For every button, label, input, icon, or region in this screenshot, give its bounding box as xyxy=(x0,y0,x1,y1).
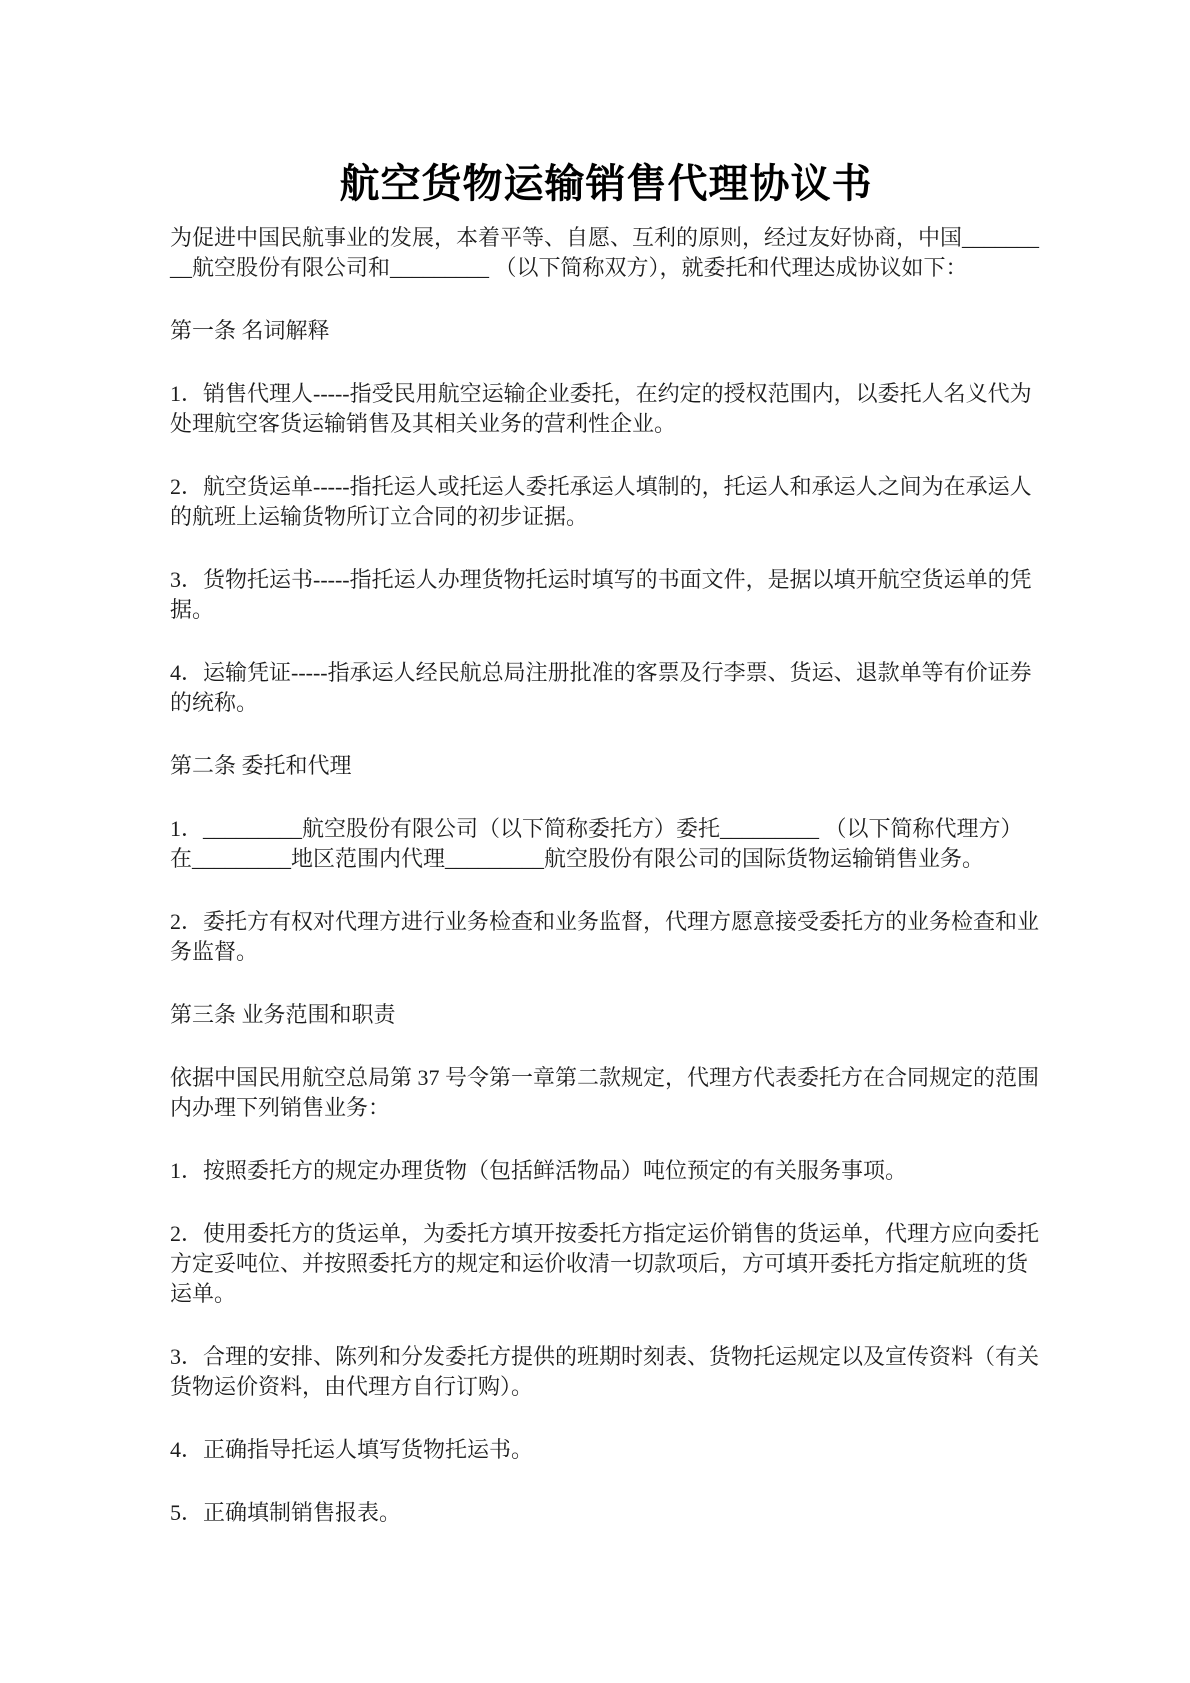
paragraph: 1．按照委托方的规定办理货物（包括鲜活物品）吨位预定的有关服务事项。 xyxy=(170,1156,1042,1186)
intro-paragraph: 为促进中国民航事业的发展，本着平等、自愿、互利的原则，经过友好协商，中国____… xyxy=(170,223,1042,283)
document-page: 航空货物运输销售代理协议书 为促进中国民航事业的发展，本着平等、自愿、互利的原则… xyxy=(0,0,1190,1683)
paragraph: 3．合理的安排、陈列和分发委托方提供的班期时刻表、货物托运规定以及宣传资料（有关… xyxy=(170,1342,1042,1402)
section-heading-3: 第三条 业务范围和职责 xyxy=(170,1000,1042,1030)
paragraph: 4．正确指导托运人填写货物托运书。 xyxy=(170,1435,1042,1465)
paragraph: 1．_________航空股份有限公司（以下简称委托方）委托_________ … xyxy=(170,814,1042,874)
paragraph: 4．运输凭证-----指承运人经民航总局注册批准的客票及行李票、货运、退款单等有… xyxy=(170,658,1042,718)
section-heading-2: 第二条 委托和代理 xyxy=(170,751,1042,781)
paragraph: 5．正确填制销售报表。 xyxy=(170,1498,1042,1528)
document-title: 航空货物运输销售代理协议书 xyxy=(170,160,1042,208)
paragraph: 依据中国民用航空总局第 37 号令第一章第二款规定，代理方代表委托方在合同规定的… xyxy=(170,1063,1042,1123)
paragraph: 2．使用委托方的货运单，为委托方填开按委托方指定运价销售的货运单，代理方应向委托… xyxy=(170,1219,1042,1309)
section-heading-1: 第一条 名词解释 xyxy=(170,316,1042,346)
paragraph: 1．销售代理人-----指受民用航空运输企业委托，在约定的授权范围内，以委托人名… xyxy=(170,379,1042,439)
document-body: 航空货物运输销售代理协议书 为促进中国民航事业的发展，本着平等、自愿、互利的原则… xyxy=(170,160,1042,1528)
paragraph: 2．委托方有权对代理方进行业务检查和业务监督，代理方愿意接受委托方的业务检查和业… xyxy=(170,907,1042,967)
paragraph: 2．航空货运单-----指托运人或托运人委托承运人填制的，托运人和承运人之间为在… xyxy=(170,472,1042,532)
paragraph: 3．货物托运书-----指托运人办理货物托运时填写的书面文件，是据以填开航空货运… xyxy=(170,565,1042,625)
